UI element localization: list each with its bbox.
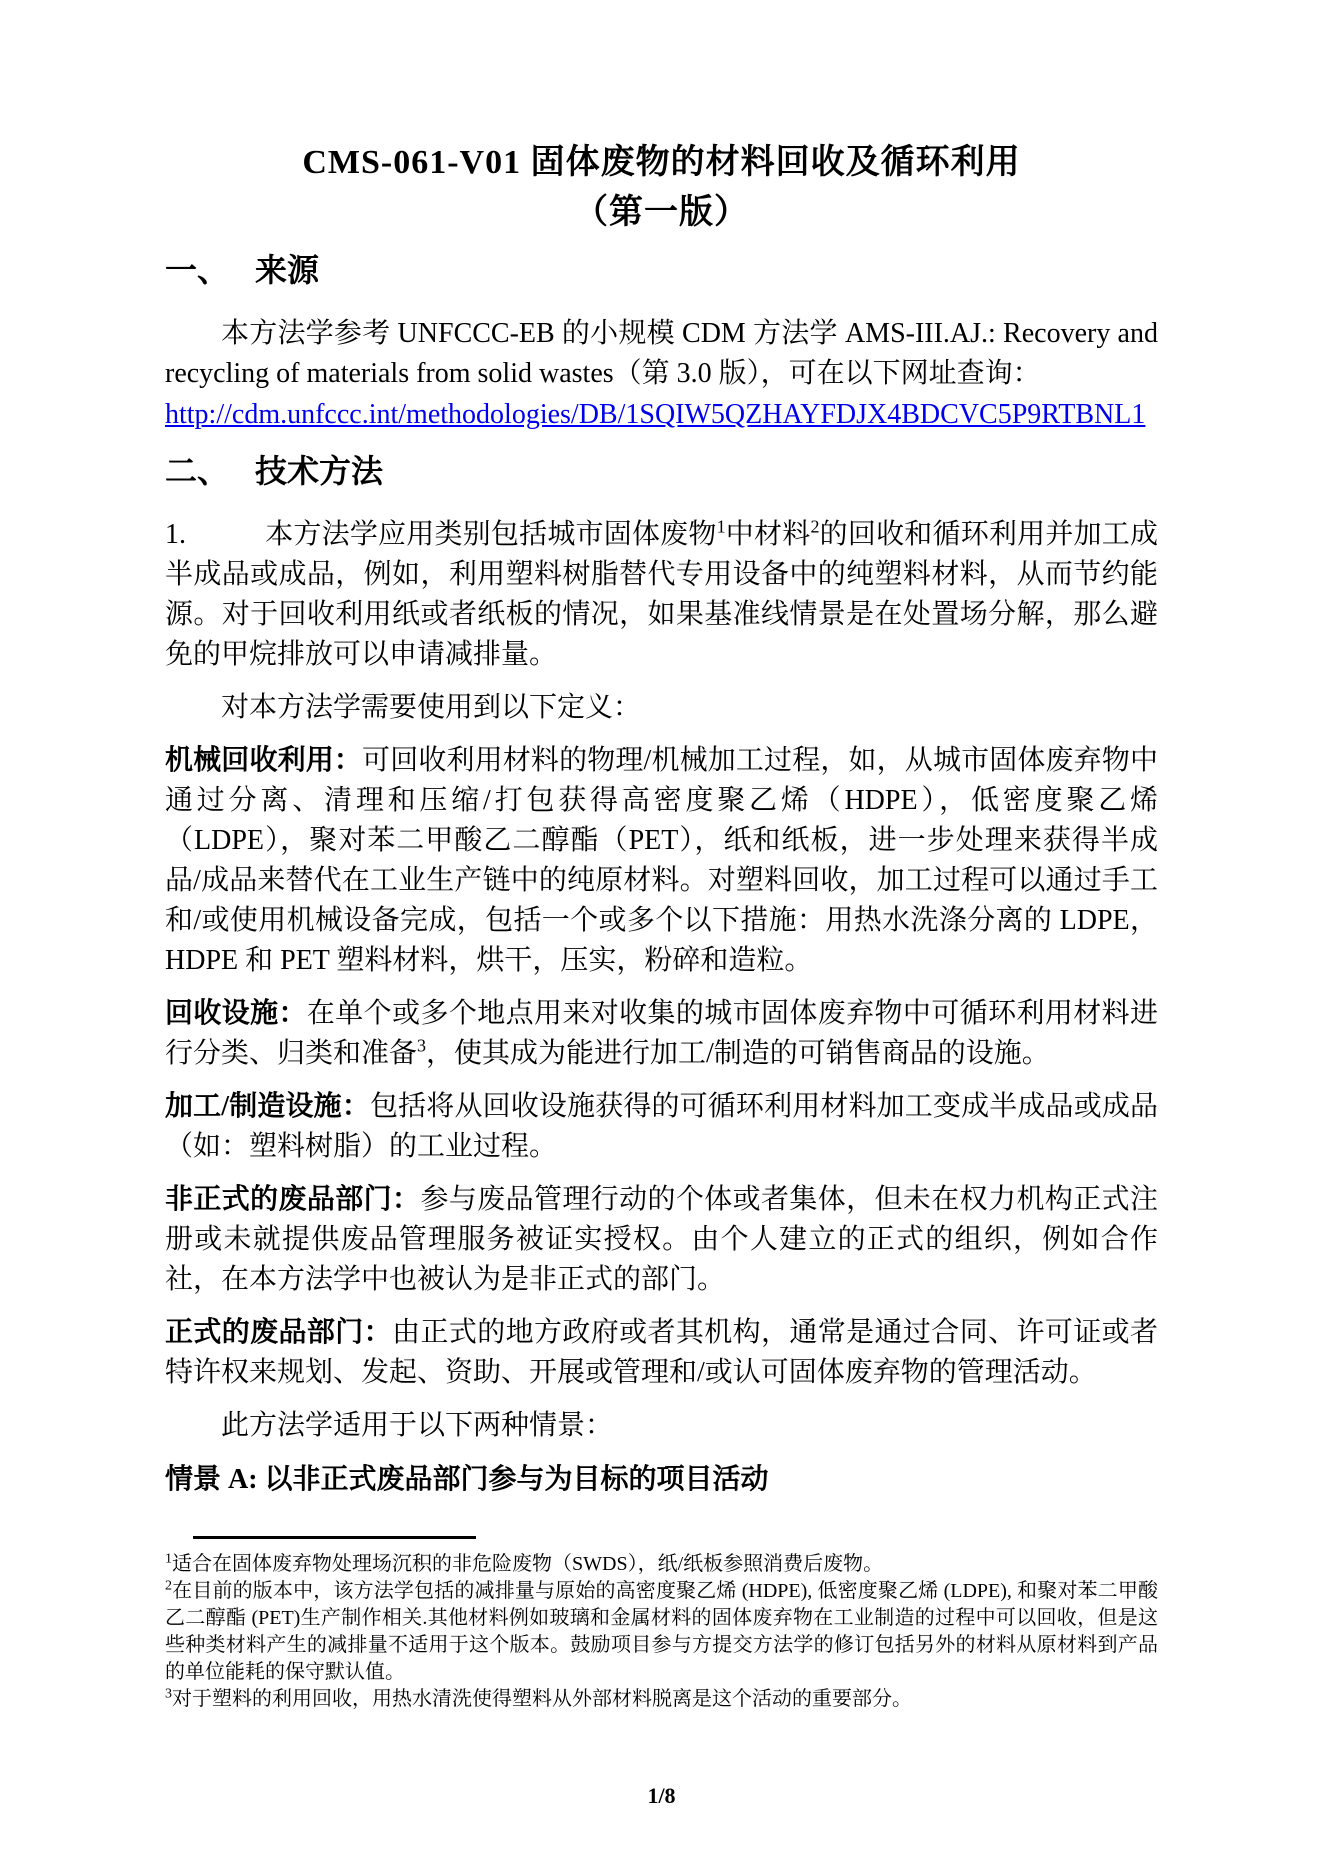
definition-processing-facility: 加工/制造设施：包括将从回收设施获得的可循环利用材料加工变成半成品或成品（如：塑… xyxy=(165,1087,1158,1167)
footnote-2-text: 在目前的版本中，该方法学包括的减排量与原始的高密度聚乙烯 (HDPE), 低密度… xyxy=(165,1580,1158,1683)
footnote-2: 2在目前的版本中，该方法学包括的减排量与原始的高密度聚乙烯 (HDPE), 低密… xyxy=(165,1578,1158,1686)
definition-term-formal-waste-sector: 正式的废品部门： xyxy=(165,1317,392,1348)
definition-text-recycling-facility-after: ，使其成为能进行加工/制造的可销售商品的设施。 xyxy=(426,1038,1050,1069)
clause-1-text-a: 本方法学应用类别包括城市固体废物 xyxy=(265,519,717,550)
methodology-url-link[interactable]: http://cdm.unfccc.int/methodologies/DB/1… xyxy=(165,394,1158,436)
section-1-heading: 一、来源 xyxy=(165,248,1158,292)
page-number: 1/8 xyxy=(647,1783,675,1808)
source-intro-text: 本方法学参考 UNFCCC-EB 的小规模 CDM 方法学 AMS-III.AJ… xyxy=(165,318,1158,389)
definition-term-processing-facility: 加工/制造设施： xyxy=(165,1091,370,1122)
footnote-1: 1适合在固体废弃物处理场沉积的非危险废物（SWDS），纸/纸板参照消费后废物。 xyxy=(165,1551,1158,1578)
definition-term-recycling-facility: 回收设施： xyxy=(165,998,307,1029)
document-header: CMS-061-V01 固体废物的材料回收及循环利用 （第一版） xyxy=(165,138,1158,238)
section-2-heading: 二、技术方法 xyxy=(165,449,1158,493)
definition-informal-waste-sector: 非正式的废品部门：参与废品管理行动的个体或者集体，但未在权力机构正式注册或未就提… xyxy=(165,1180,1158,1300)
footnote-1-text: 适合在固体废弃物处理场沉积的非危险废物（SWDS），纸/纸板参照消费后废物。 xyxy=(172,1553,883,1575)
section-1-number: 一、 xyxy=(165,248,229,292)
footnote-2-ref: 2 xyxy=(165,1578,172,1593)
footnote-1-ref: 1 xyxy=(165,1551,172,1566)
source-paragraph: 本方法学参考 UNFCCC-EB 的小规模 CDM 方法学 AMS-III.AJ… xyxy=(165,314,1158,436)
definition-term-mechanical-recycling: 机械回收利用： xyxy=(165,745,362,776)
section-2-number: 二、 xyxy=(165,449,229,493)
footnote-separator xyxy=(193,1536,476,1539)
clause-1-paragraph: 1.本方法学应用类别包括城市固体废物1中材料2的回收和循环利用并加工成半成品或成… xyxy=(165,515,1158,675)
document-subtitle: （第一版） xyxy=(165,188,1158,238)
footnotes-section: 1适合在固体废弃物处理场沉积的非危险废物（SWDS），纸/纸板参照消费后废物。 … xyxy=(165,1536,1158,1713)
definition-formal-waste-sector: 正式的废品部门：由正式的地方政府或者其机构，通常是通过合同、许可证或者特许权来规… xyxy=(165,1313,1158,1393)
footnote-3: 3对于塑料的利用回收，用热水清洗使得塑料从外部材料脱离是这个活动的重要部分。 xyxy=(165,1686,1158,1713)
definition-recycling-facility: 回收设施：在单个或多个地点用来对收集的城市固体废弃物中可循环利用材料进行分类、归… xyxy=(165,994,1158,1074)
definition-mechanical-recycling: 机械回收利用：可回收利用材料的物理/机械加工过程，如，从城市固体废弃物中通过分离… xyxy=(165,741,1158,981)
definitions-intro: 对本方法学需要使用到以下定义： xyxy=(165,688,1158,728)
document-page: CMS-061-V01 固体废物的材料回收及循环利用 （第一版） 一、来源 本方… xyxy=(0,0,1323,1871)
definition-text-mechanical-recycling: 可回收利用材料的物理/机械加工过程，如，从城市固体废弃物中通过分离、清理和压缩/… xyxy=(165,745,1158,976)
clause-1-text-b: 中材料 xyxy=(726,519,811,550)
footnote-ref-3: 3 xyxy=(417,1036,426,1056)
document-title: CMS-061-V01 固体废物的材料回收及循环利用 xyxy=(165,138,1158,188)
footnote-ref-1: 1 xyxy=(717,517,726,537)
footnote-3-text: 对于塑料的利用回收，用热水清洗使得塑料从外部材料脱离是这个活动的重要部分。 xyxy=(172,1688,912,1710)
clause-1-number: 1. xyxy=(165,515,265,555)
section-2-title: 技术方法 xyxy=(255,453,383,489)
scenarios-intro: 此方法学适用于以下两种情景： xyxy=(165,1406,1158,1446)
page-footer: 1/8 xyxy=(0,1783,1323,1809)
scenario-a-heading: 情景 A: 以非正式废品部门参与为目标的项目活动 xyxy=(165,1460,1158,1500)
definition-term-informal-waste-sector: 非正式的废品部门： xyxy=(165,1184,420,1215)
footnote-3-ref: 3 xyxy=(165,1686,172,1701)
section-1-title: 来源 xyxy=(255,252,319,288)
